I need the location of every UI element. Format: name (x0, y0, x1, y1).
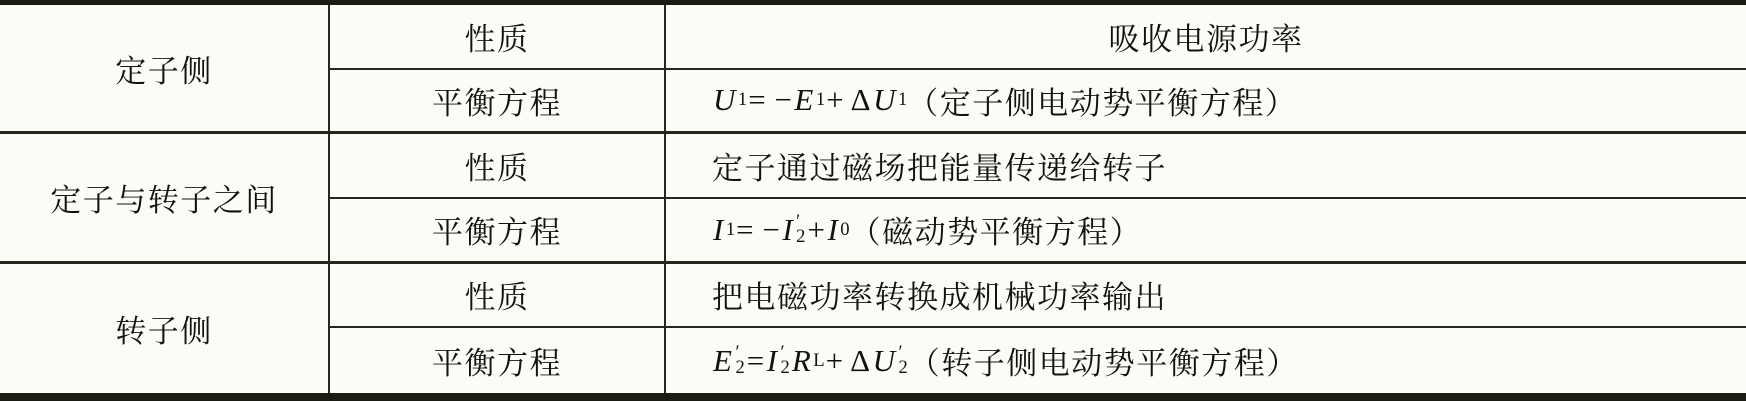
row-label: 性质 (465, 14, 530, 59)
cell-row-label-property-1: 性质 (330, 5, 666, 70)
cell-section-stator-side: 定子侧 (0, 5, 330, 134)
cell-row-label-equation-2: 平衡方程 (330, 199, 666, 264)
prime-subscript: ′2 (796, 215, 805, 245)
cell-row-label-property-2: 性质 (330, 134, 666, 199)
cell-equation-2: I1 = −I′2 + I0 （磁动势平衡方程） (666, 199, 1746, 264)
property-text: 定子通过磁场把能量传递给转子 (712, 143, 1167, 188)
prime-subscript: ′2 (735, 346, 744, 376)
cell-equation-1: U1 = −E1 + ΔU1 （定子侧电动势平衡方程） (666, 70, 1746, 135)
row-label: 性质 (465, 272, 530, 317)
cell-row-label-property-3: 性质 (330, 264, 666, 329)
prime-subscript: ′2 (899, 346, 908, 376)
prime-subscript: ′2 (781, 346, 790, 376)
row-label: 平衡方程 (432, 338, 562, 383)
cell-equation-3: E′2 = I′2RL + ΔU′2（转子侧电动势平衡方程） (666, 328, 1746, 393)
row-label: 平衡方程 (432, 78, 562, 123)
cell-row-label-equation-3: 平衡方程 (330, 328, 666, 393)
cell-property-3: 把电磁功率转换成机械功率输出 (666, 264, 1746, 329)
property-text: 把电磁功率转换成机械功率输出 (712, 272, 1167, 317)
row-label: 性质 (465, 143, 530, 188)
section-label: 定子与转子之间 (50, 175, 278, 220)
cell-property-1: 吸收电源功率 (666, 5, 1746, 70)
cell-section-between-stator-rotor: 定子与转子之间 (0, 134, 330, 263)
balance-equations-table: 定子侧 性质 吸收电源功率 平衡方程 U1 = −E1 + ΔU1 （定子侧电动… (0, 0, 1746, 401)
cell-section-rotor-side: 转子侧 (0, 264, 330, 393)
section-label: 转子侧 (115, 306, 213, 351)
cell-property-2: 定子通过磁场把能量传递给转子 (666, 134, 1746, 199)
cell-row-label-equation-1: 平衡方程 (330, 70, 666, 135)
row-label: 平衡方程 (432, 207, 562, 252)
section-label: 定子侧 (115, 46, 213, 91)
property-text: 吸收电源功率 (1109, 14, 1304, 59)
